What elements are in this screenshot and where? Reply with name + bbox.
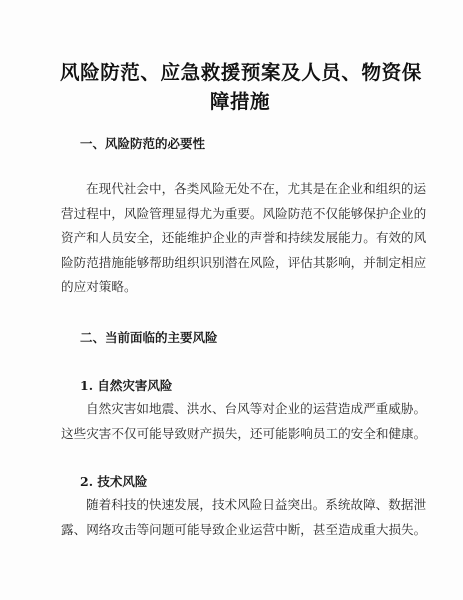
- paragraph-line: 在现代社会中，各类风险无处不在，尤其是在企业和组织的运: [61, 177, 411, 202]
- paragraph-risk-necessity: 在现代社会中，各类风险无处不在，尤其是在企业和组织的运 营过程中，风险管理显得尤…: [61, 177, 411, 300]
- paragraph-line: 随着科技的快速发展，技术风险日益突出。系统故障、数据泄: [61, 493, 411, 518]
- paragraph-line: 这些灾害不仅可能导致财产损失，还可能影响员工的安全和健康。: [61, 422, 411, 447]
- paragraph-line: 资产和人员安全，还能维护企业的声誉和持续发展能力。有效的风: [61, 226, 411, 251]
- title-line-1: 风险防范、应急救援预案及人员、物资保: [60, 58, 420, 87]
- paragraph-line: 险防范措施能够帮助组织识别潜在风险，评估其影响，并制定相应: [61, 251, 411, 276]
- section-heading-main-risks: 二、当前面临的主要风险: [80, 330, 218, 346]
- subheading-technology-risk: 2. 技术风险: [80, 474, 147, 490]
- paragraph-line: 自然灾害如地震、洪水、台风等对企业的运营造成严重威胁。: [61, 397, 411, 422]
- paragraph-natural-disaster-risk: 自然灾害如地震、洪水、台风等对企业的运营造成严重威胁。 这些灾害不仅可能导致财产…: [61, 397, 411, 446]
- paragraph-line: 的应对策略。: [61, 275, 411, 300]
- paragraph-line: 营过程中，风险管理显得尤为重要。风险防范不仅能够保护企业的: [61, 202, 411, 227]
- paragraph-technology-risk: 随着科技的快速发展，技术风险日益突出。系统故障、数据泄 露、网络攻击等问题可能导…: [61, 493, 411, 542]
- subheading-natural-disaster-risk: 1. 自然灾害风险: [80, 378, 172, 394]
- document-page: 风险防范、应急救援预案及人员、物资保 障措施 一、风险防范的必要性 在现代社会中…: [0, 0, 463, 600]
- paragraph-line: 露、网络攻击等问题可能导致企业运营中断，甚至造成重大损失。: [61, 518, 411, 543]
- title-line-2: 障措施: [60, 87, 420, 116]
- section-heading-risk-necessity: 一、风险防范的必要性: [80, 136, 205, 152]
- document-title: 风险防范、应急救援预案及人员、物资保 障措施: [60, 58, 420, 116]
